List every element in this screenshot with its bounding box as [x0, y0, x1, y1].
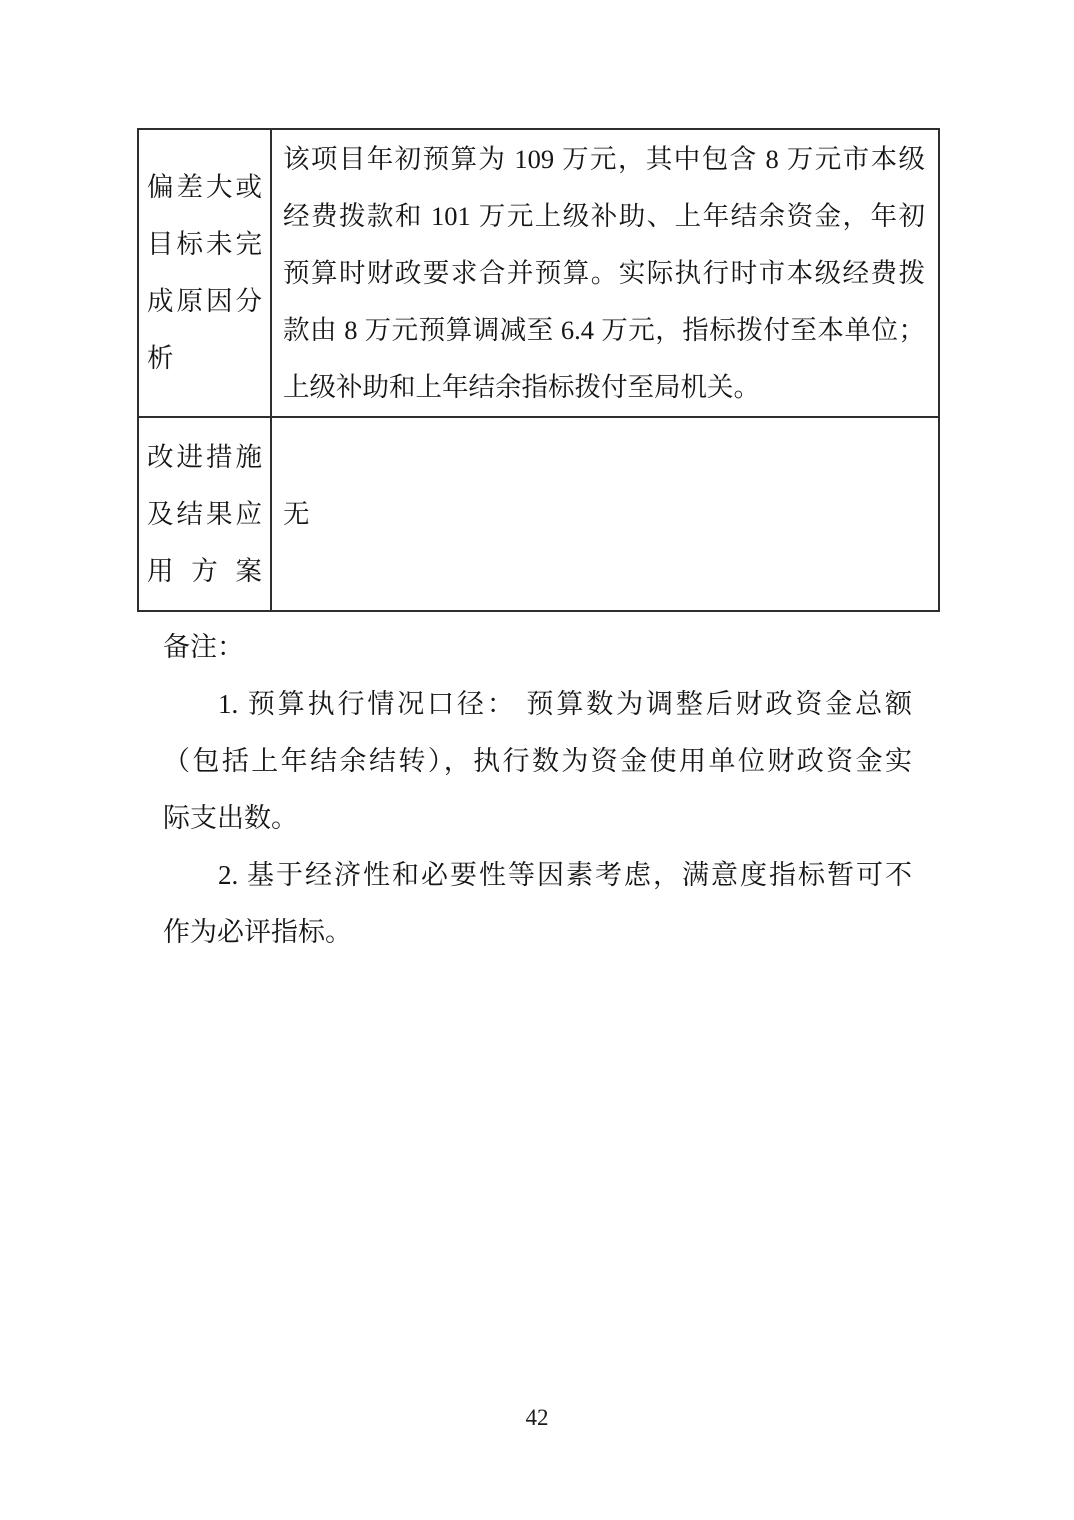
header-line: 目标未完 [147, 216, 262, 273]
header-line: 偏差大或 [147, 159, 262, 216]
header-line: 改进措施 [147, 429, 262, 486]
body-line: 无 [283, 486, 925, 543]
note-item-1: 1. 预算执行情况口径： 预算数为调整后财政资金总额 （包括上年结余结转），执行… [163, 676, 912, 847]
page-number: 42 [0, 1402, 1074, 1434]
body-line: 上级补助和上年结余指标拨付至局机关。 [283, 359, 925, 416]
notes-label: 备注： [163, 619, 912, 676]
body-line: 预算时财政要求合并预算。实际执行时市本级经费拨 [283, 245, 925, 302]
note-line: 际支出数。 [163, 790, 912, 847]
body-line: 经费拨款和 101 万元上级补助、上年结余资金，年初 [283, 188, 925, 245]
table-row-improvement-measures: 改进措施 及结果应 用方案 无 [139, 418, 938, 610]
document-page: 偏差大或 目标未完 成原因分 析 该项目年初预算为 109 万元，其中包含 8 … [0, 0, 1074, 1520]
row-header-deviation-analysis: 偏差大或 目标未完 成原因分 析 [139, 130, 272, 416]
note-line: 作为必评指标。 [163, 904, 912, 961]
deviation-analysis-table: 偏差大或 目标未完 成原因分 析 该项目年初预算为 109 万元，其中包含 8 … [137, 128, 940, 612]
note-line: 2. 基于经济性和必要性等因素考虑，满意度指标暂可不 [163, 847, 912, 904]
header-line: 析 [147, 330, 262, 387]
note-line: （包括上年结余结转），执行数为资金使用单位财政资金实 [163, 733, 912, 790]
header-line: 及结果应 [147, 486, 262, 543]
note-line: 1. 预算执行情况口径： 预算数为调整后财政资金总额 [163, 676, 912, 733]
notes-section: 备注： 1. 预算执行情况口径： 预算数为调整后财政资金总额 （包括上年结余结转… [163, 619, 912, 961]
header-line: 成原因分 [147, 273, 262, 330]
deviation-analysis-text-cell: 该项目年初预算为 109 万元，其中包含 8 万元市本级 经费拨款和 101 万… [272, 130, 938, 416]
table-row-deviation-analysis: 偏差大或 目标未完 成原因分 析 该项目年初预算为 109 万元，其中包含 8 … [139, 130, 938, 418]
header-line: 用方案 [147, 543, 262, 600]
body-line: 该项目年初预算为 109 万元，其中包含 8 万元市本级 [283, 131, 925, 188]
improvement-measures-text-cell: 无 [272, 418, 938, 610]
note-item-2: 2. 基于经济性和必要性等因素考虑，满意度指标暂可不 作为必评指标。 [163, 847, 912, 961]
row-header-improvement-measures: 改进措施 及结果应 用方案 [139, 418, 272, 610]
body-line: 款由 8 万元预算调减至 6.4 万元，指标拨付至本单位； [283, 302, 925, 359]
